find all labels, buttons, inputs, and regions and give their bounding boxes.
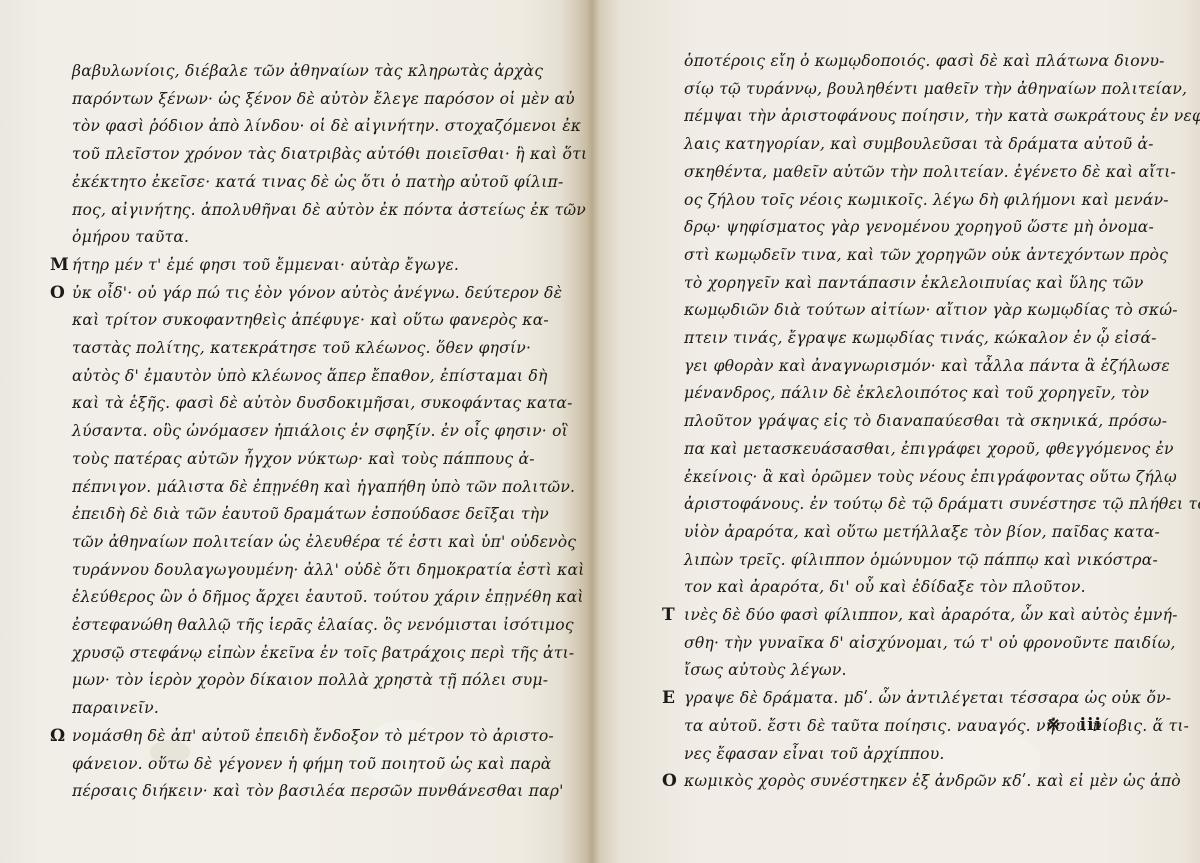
text-line: Εγραψε δὲ δράματα. μδʹ. ὧν ἀντιλέγεται τ… <box>662 685 1162 713</box>
right-page: ὁποτέροις εἴη ὁ κωμῳδοποιός. φασὶ δὲ καὶ… <box>600 0 1200 863</box>
text-line: Μήτηρ μέν τ' ἐμέ φησι τοῦ ἔμμεναι· αὐτὰρ… <box>50 252 550 280</box>
text-line: χρυσῷ στεφάνῳ εἰπὼν ἐκεῖνα ἐν τοῖς βατρά… <box>50 640 550 668</box>
text-line: τῶν ἀθηναίων πολιτείαν ὡς ἐλευθέρα τέ ἐσ… <box>50 529 550 557</box>
text-line: Ωνομάσθη δὲ ἀπ' αὐτοῦ ἐπειδὴ ἔνδοξον τὸ … <box>50 723 550 751</box>
text-line: στὶ κωμῳδεῖν τινα, καὶ τῶν χορηγῶν οὐκ ἀ… <box>662 242 1162 270</box>
text-line: παραινεῖν. <box>50 695 550 723</box>
text-line: ἐκέκτητο ἐκεῖσε· κατά τινας δὲ ὡς ὅτι ὁ … <box>50 169 550 197</box>
text-line: καὶ τὰ ἑξῆς. φασὶ δὲ αὐτὸν δυσδοκιμῆσαι,… <box>50 390 550 418</box>
text-line: δρῳ· ψηφίσματος γὰρ γενομένου χορηγοῦ ὥσ… <box>662 214 1162 242</box>
text-line: γει φθορὰν καὶ ἀναγνωρισμόν· καὶ τἆλλα π… <box>662 353 1162 381</box>
text-line: πα καὶ μετασκευάσασθαι, ἐπιγράφει χοροῦ,… <box>662 436 1162 464</box>
page-signature: ※iii <box>1046 715 1102 735</box>
text-line: πος, αἰγινήτης. ἀπολυθῆναι δὲ αὐτὸν ἐκ π… <box>50 197 550 225</box>
drop-initial: Ο <box>50 280 65 308</box>
text-line: μων· τὸν ἱερὸν χορὸν δίκαιον πολλὰ χρηστ… <box>50 667 550 695</box>
text-line: αὐτὸς δ' ἐμαυτὸν ὑπὸ κλέωνος ἅπερ ἔπαθον… <box>50 363 550 391</box>
text-line: τὸν φασὶ ῥόδιον ἀπὸ λίνδου· οἱ δὲ αἰγινή… <box>50 113 550 141</box>
text-line: πλοῦτον γράψας εἰς τὸ διαναπαύεσθαι τὰ σ… <box>662 408 1162 436</box>
text-line: καὶ τρίτον συκοφαντηθεὶς ἀπέφυγε· καὶ οὕ… <box>50 307 550 335</box>
text-line: τοὺς πατέρας αὐτῶν ἦγχον νύκτωρ· καὶ τοὺ… <box>50 446 550 474</box>
signature-label: iii <box>1080 715 1102 735</box>
text-line: ος ζήλου τοῖς νέοις κωμικοῖς. λέγω δὴ φι… <box>662 187 1162 215</box>
drop-initial: Ε <box>662 685 675 713</box>
drop-initial: Ω <box>50 723 65 751</box>
text-line: λύσαντα. οὓς ὠνόμασεν ἠπιάλοις ἐν σφηξίν… <box>50 418 550 446</box>
text-line: σθη· τὴν γυναῖκα δ' αἰσχύνομαι, τώ τ' οὐ… <box>662 630 1162 658</box>
left-text-column: βαβυλωνίοις, διέβαλε τῶν ἀθηναίων τὰς κλ… <box>50 58 550 806</box>
text-line: τὸ χορηγεῖν καὶ παντάπασιν ἐκλελοιπυίας … <box>662 270 1162 298</box>
text-line: Τινὲς δὲ δύο φασὶ φίλιππον, καὶ ἀραρότα,… <box>662 602 1162 630</box>
text-line: τοῦ πλεῖστον χρόνον τὰς διατριβὰς αὐτόθι… <box>50 141 550 169</box>
text-line: κωμῳδιῶν διὰ τούτων αἰτίων· αἴτιον γὰρ κ… <box>662 297 1162 325</box>
text-line: ἐστεφανώθη θαλλῷ τῆς ἱερᾶς ἐλαίας. ὃς νε… <box>50 612 550 640</box>
book-spread: βαβυλωνίοις, διέβαλε τῶν ἀθηναίων τὰς κλ… <box>0 0 1200 863</box>
drop-initial: Ο <box>662 768 677 796</box>
text-line: ἴσως αὐτοὺς λέγων. <box>662 657 1162 685</box>
text-line: μένανδρος, πάλιν δὲ ἐκλελοιπότος καὶ τοῦ… <box>662 380 1162 408</box>
right-text-column: ὁποτέροις εἴη ὁ κωμῳδοποιός. φασὶ δὲ καὶ… <box>662 48 1162 796</box>
text-line: σκηθέντα, μαθεῖν αὐτῶν τὴν πολιτείαν. ἐγ… <box>662 159 1162 187</box>
text-line: φάνειον. οὕτω δὲ γέγονεν ἡ φήμη τοῦ ποιη… <box>50 751 550 779</box>
text-line: ταστὰς πολίτης, κατεκράτησε τοῦ κλέωνος.… <box>50 335 550 363</box>
text-line: ἐλεύθερος ὢν ὁ δῆμος ἄρχει ἑαυτοῦ. τούτο… <box>50 584 550 612</box>
text-line: ἐκείνοις· ἃ καὶ ὁρῶμεν τοὺς νέους ἐπιγρά… <box>662 464 1162 492</box>
text-line: ἀριστοφάνους. ἐν τούτῳ δὲ τῷ δράματι συν… <box>662 491 1162 519</box>
signature-mark-icon: ※ <box>1046 715 1061 735</box>
text-line: υἱὸν ἀραρότα, καὶ οὕτω μετήλλαξε τὸν βίο… <box>662 519 1162 547</box>
text-line: πέρσαις διήκειν· καὶ τὸν βασιλέα περσῶν … <box>50 778 550 806</box>
text-line: ὁμήρου ταῦτα. <box>50 224 550 252</box>
text-line: λαις κατηγορίαν, καὶ συμβουλεῦσαι τὰ δρά… <box>662 131 1162 159</box>
text-line: τον καὶ ἀραρότα, δι' οὗ καὶ ἐδίδαξε τὸν … <box>662 574 1162 602</box>
text-line: πέπνιγον. μάλιστα δὲ ἐπῃνέθη καὶ ἠγαπήθη… <box>50 474 550 502</box>
text-line: Οκωμικὸς χορὸς συνέστηκεν ἐξ ἀνδρῶν κδʹ.… <box>662 768 1162 796</box>
drop-initial: Μ <box>50 252 69 280</box>
text-line: ἐπειδὴ δὲ διὰ τῶν ἑαυτοῦ δραμάτων ἐσπούδ… <box>50 501 550 529</box>
text-line: παρόντων ξένων· ὡς ξένον δὲ αὐτὸν ἔλεγε … <box>50 86 550 114</box>
text-line: τυράννου δουλαγωγουμένη· ἀλλ' οὐδὲ ὅτι δ… <box>50 557 550 585</box>
text-line: λιπὼν τρεῖς. φίλιππον ὁμώνυμον τῷ πάππῳ … <box>662 547 1162 575</box>
text-line: ὁποτέροις εἴη ὁ κωμῳδοποιός. φασὶ δὲ καὶ… <box>662 48 1162 76</box>
text-line: νες ἔφασαν εἶναι τοῦ ἀρχίππου. <box>662 741 1162 769</box>
text-line: πτειν τινάς, ἔγραψε κωμῳδίας τινάς, κώκα… <box>662 325 1162 353</box>
text-line: πέμψαι τὴν ἀριστοφάνους ποίησιν, τὴν κατ… <box>662 103 1162 131</box>
left-page: βαβυλωνίοις, διέβαλε τῶν ἀθηναίων τὰς κλ… <box>0 0 580 863</box>
text-line: βαβυλωνίοις, διέβαλε τῶν ἀθηναίων τὰς κλ… <box>50 58 550 86</box>
drop-initial: Τ <box>662 602 675 630</box>
text-line: Οὐκ οἶδ'· οὐ γάρ πώ τις ἑὸν γόνον αὐτὸς … <box>50 280 550 308</box>
text-line: σίῳ τῷ τυράννῳ, βουληθέντι μαθεῖν τὴν ἀθ… <box>662 76 1162 104</box>
